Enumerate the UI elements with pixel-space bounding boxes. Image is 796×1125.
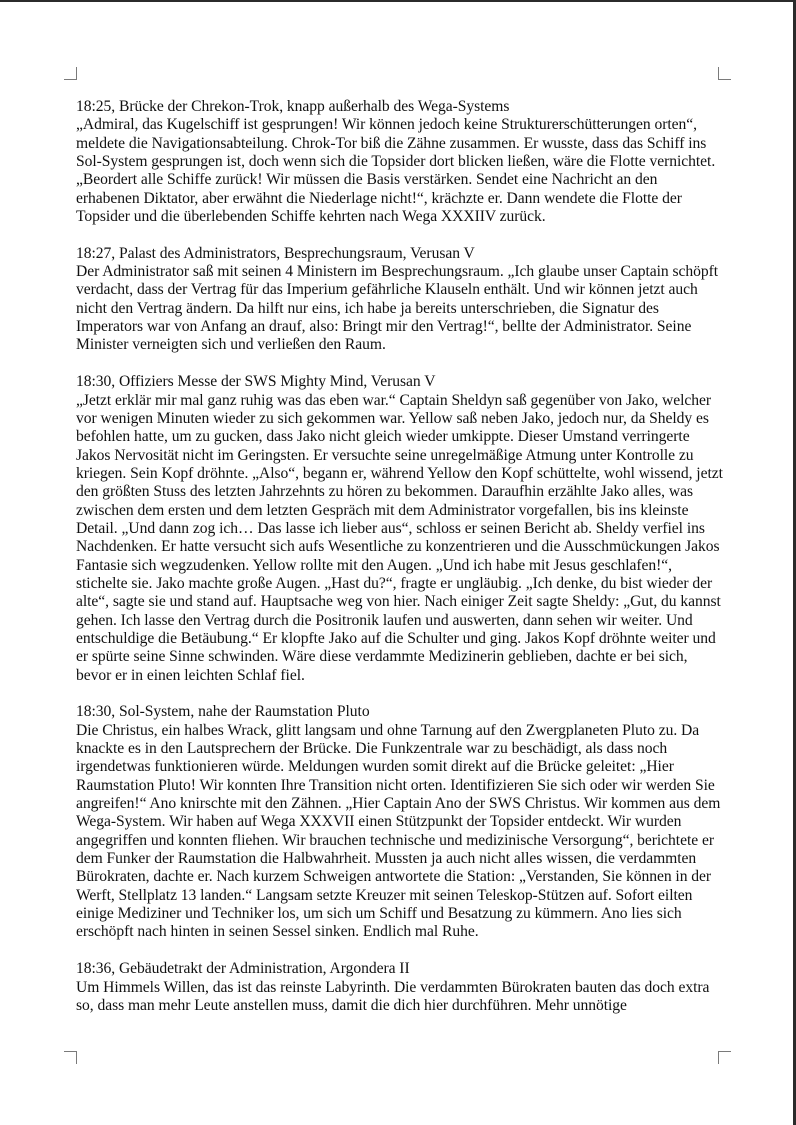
- document-body[interactable]: 18:25, Brücke der Chrekon-Trok, knapp au…: [76, 98, 724, 1034]
- scene-heading: 18:30, Sol-System, nahe der Raumstation …: [76, 703, 724, 721]
- scene-paragraph: „Jetzt erklär mir mal ganz ruhig was das…: [76, 392, 724, 686]
- scene-heading: 18:36, Gebäudetrakt der Administration, …: [76, 960, 724, 978]
- scene-section: 18:30, Offiziers Messe der SWS Mighty Mi…: [76, 373, 724, 685]
- crop-mark-top-right: [718, 67, 731, 80]
- scene-section: 18:27, Palast des Administrators, Bespre…: [76, 245, 724, 355]
- scene-paragraph: Der Administrator saß mit seinen 4 Minis…: [76, 263, 724, 355]
- document-page: 18:25, Brücke der Chrekon-Trok, knapp au…: [0, 0, 796, 1125]
- scene-heading: 18:27, Palast des Administrators, Bespre…: [76, 245, 724, 263]
- scene-section: 18:30, Sol-System, nahe der Raumstation …: [76, 703, 724, 941]
- scene-heading: 18:25, Brücke der Chrekon-Trok, knapp au…: [76, 98, 724, 116]
- scene-paragraph: Die Christus, ein halbes Wrack, glitt la…: [76, 722, 724, 942]
- scene-paragraph: Um Himmels Willen, das ist das reinste L…: [76, 979, 724, 1016]
- scene-section: 18:25, Brücke der Chrekon-Trok, knapp au…: [76, 98, 724, 226]
- crop-mark-bottom-right: [718, 1051, 731, 1064]
- scene-heading: 18:30, Offiziers Messe der SWS Mighty Mi…: [76, 373, 724, 391]
- crop-mark-top-left: [64, 67, 77, 80]
- scene-section: 18:36, Gebäudetrakt der Administration, …: [76, 960, 724, 1015]
- crop-mark-bottom-left: [64, 1051, 77, 1064]
- scene-paragraph: „Admiral, das Kugelschiff ist gesprungen…: [76, 116, 724, 226]
